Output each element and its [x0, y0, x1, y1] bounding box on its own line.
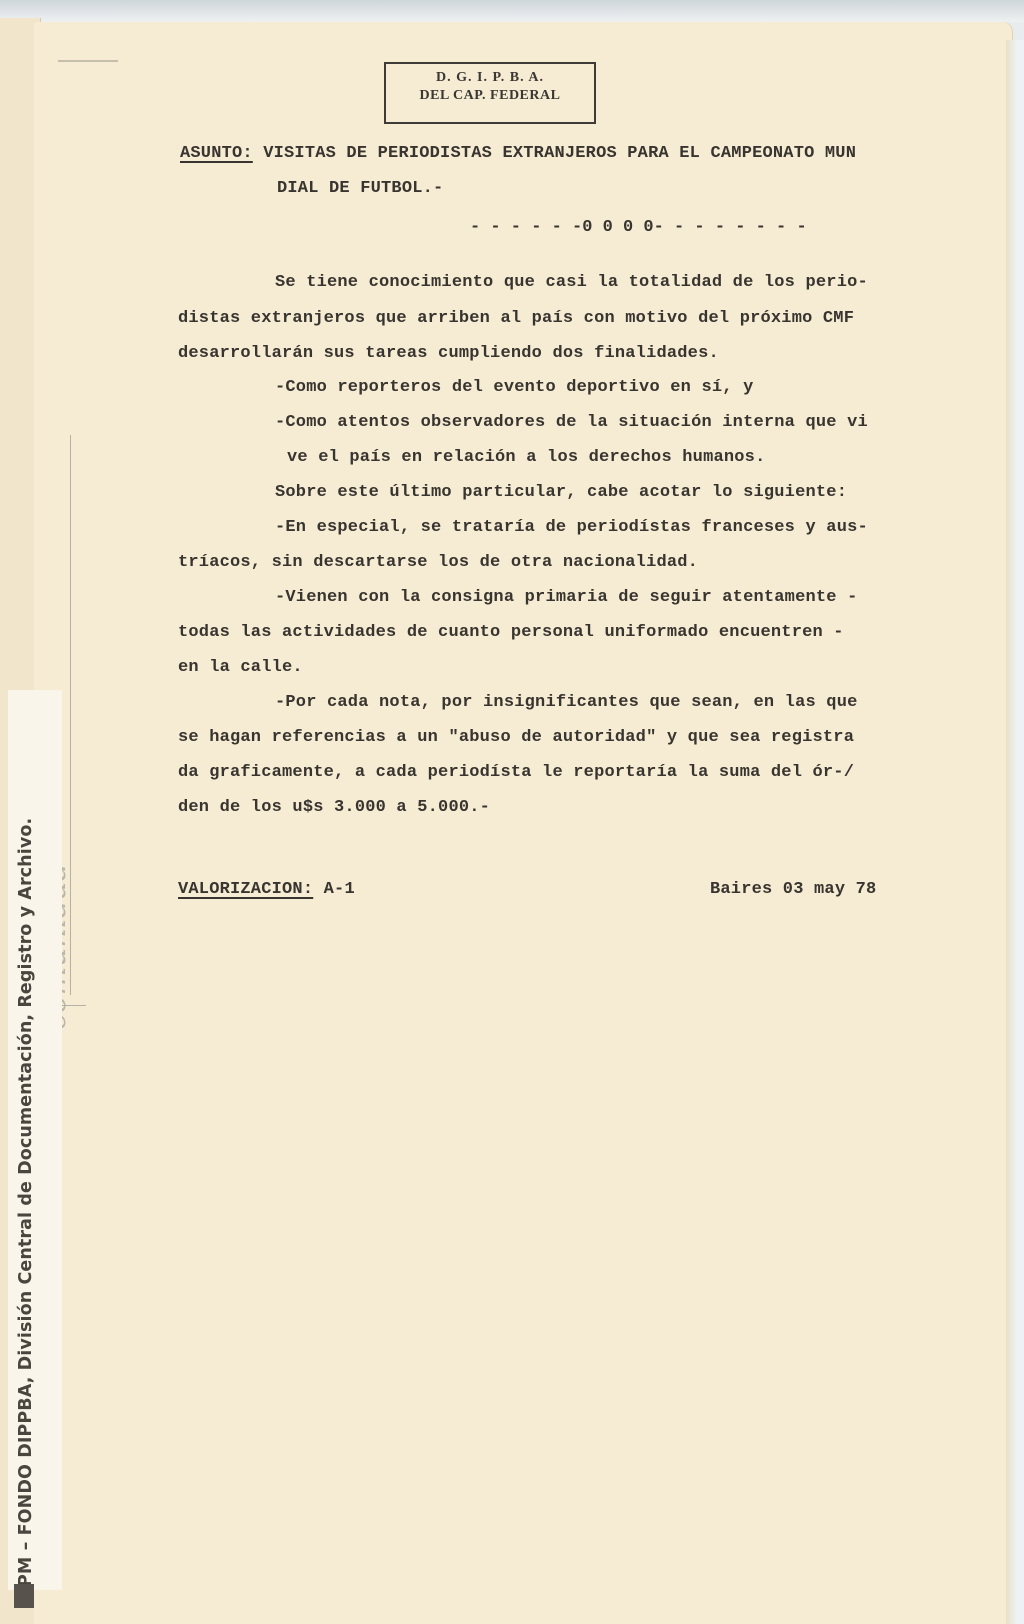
body-line: desarrollarán sus tareas cumpliendo dos …: [178, 344, 719, 363]
section-divider: - - - - - -0 0 0 0- - - - - - - -: [470, 218, 807, 237]
document-page: [34, 22, 1012, 1624]
subject-heading: ASUNTO: VISITAS DE PERIODISTAS EXTRANJER…: [180, 144, 856, 163]
body-line: Sobre este último particular, cabe acota…: [275, 483, 847, 502]
body-line: -Vienen con la consigna primaria de segu…: [275, 588, 858, 607]
scanner-backdrop: [0, 0, 1024, 22]
valorizacion: VALORIZACION: A-1: [178, 880, 355, 899]
place-date: Baires 03 may 78: [710, 880, 876, 899]
stamp-line-1: D. G. I. P. B. A.: [386, 70, 594, 86]
body-line: ve el país en relación a los derechos hu…: [287, 448, 765, 467]
body-line: todas las actividades de cuanto personal…: [178, 623, 844, 642]
archive-square-icon: [14, 1584, 34, 1608]
valorizacion-value: A-1: [324, 880, 355, 899]
valorizacion-label: VALORIZACION:: [178, 880, 313, 899]
body-line: -Por cada nota, por insignificantes que …: [275, 693, 858, 712]
department-stamp: D. G. I. P. B. A. DEL CAP. FEDERAL: [384, 62, 596, 124]
subject-label: ASUNTO:: [180, 144, 253, 163]
body-line: -Como atentos observadores de la situaci…: [275, 413, 868, 432]
stamp-line-2: DEL CAP. FEDERAL: [386, 88, 594, 104]
body-line: den de los u$s 3.000 a 5.000.-: [178, 798, 490, 817]
subject-line-1: VISITAS DE PERIODISTAS EXTRANJEROS PARA …: [263, 144, 856, 163]
body-line: se hagan referencias a un "abuso de auto…: [178, 728, 854, 747]
page-edge: [1006, 40, 1024, 1624]
body-line: -En especial, se trataría de periodístas…: [275, 518, 868, 537]
body-line: da graficamente, a cada periodísta le re…: [178, 763, 854, 782]
body-line: distas extranjeros que arriben al país c…: [178, 309, 854, 328]
subject-line-2: DIAL DE FUTBOL.-: [277, 179, 443, 198]
staple-mark: [58, 60, 118, 62]
archive-caption: CPM – FONDO DIPPBA, División Central de …: [16, 740, 36, 1600]
body-line: -Como reporteros del evento deportivo en…: [275, 378, 753, 397]
body-line: tríacos, sin descartarse los de otra nac…: [178, 553, 698, 572]
body-line: Se tiene conocimiento que casi la totali…: [275, 273, 868, 292]
body-line: en la calle.: [178, 658, 303, 677]
